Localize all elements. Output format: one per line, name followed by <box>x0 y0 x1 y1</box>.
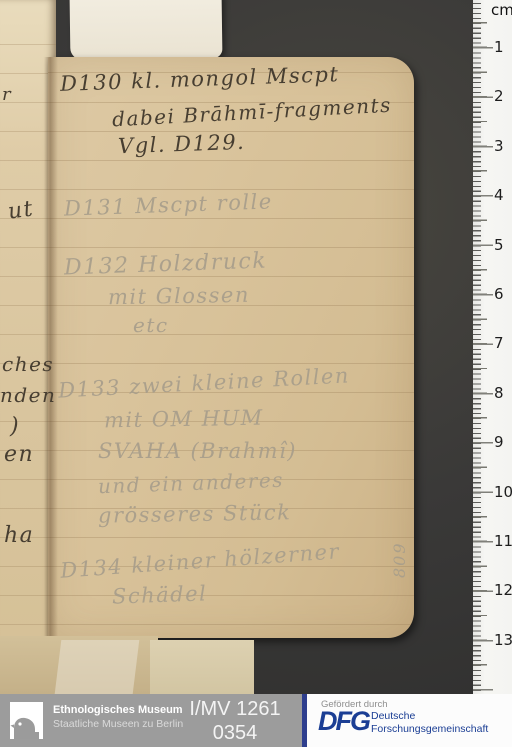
ruler-mark-label: 3 <box>494 137 512 155</box>
funding-footer-section: Gefördert durch DFG Deutsche Forschungsg… <box>302 694 512 747</box>
inventory-number-line1: I/MV 1261 <box>170 697 300 721</box>
ruler-mark-label: 11 <box>494 532 512 550</box>
left-page-fragment-text: en <box>4 442 34 467</box>
entry-d133-line: mit OM HUM <box>104 406 264 433</box>
dfg-name-line2: Forschungsgemeinschaft <box>371 723 488 736</box>
ruler-mark-label: 6 <box>494 285 512 303</box>
cm-ruler: cm 12345678910111213 <box>473 0 512 694</box>
ruler-cm-ticks <box>473 47 493 692</box>
photo-background: D130 kl. mongol Mscpt dabei Brāhmī-fragm… <box>0 0 512 694</box>
tape-fragment <box>55 640 140 694</box>
dfg-logo: DFG <box>318 707 369 735</box>
ruler-mark-label: 2 <box>494 87 512 105</box>
inventory-number: I/MV 1261 0354 <box>170 697 300 745</box>
ruler-mark-label: 12 <box>494 581 512 599</box>
museum-organization: Staatliche Museen zu Berlin <box>53 717 183 731</box>
page-binding-crease <box>44 57 58 638</box>
museum-footer-section: Ethnologisches Museum Staatliche Museen … <box>0 694 302 747</box>
ruler-mark-label: 5 <box>494 236 512 254</box>
ruler-mark-label: 10 <box>494 483 512 501</box>
left-page-fragment-text: ches <box>2 352 54 376</box>
page-side-number: 809 <box>390 541 409 578</box>
smb-eagle-logo <box>10 702 43 739</box>
inventory-number-line2: 0354 <box>170 721 300 745</box>
entry-d133-line: grösseres Stück <box>98 500 292 527</box>
paper-fragment-top <box>70 0 223 60</box>
left-page-fragment-text: ha <box>4 523 34 548</box>
left-page-fragment-text: ut <box>6 196 35 224</box>
ruler-mark-label: 1 <box>494 38 512 56</box>
museum-identity: Ethnologisches Museum Staatliche Museen … <box>53 703 183 731</box>
ruler-mark-label: 13 <box>494 631 512 649</box>
ruler-mark-label: 4 <box>494 186 512 204</box>
ruler-mark-label: 8 <box>494 384 512 402</box>
museum-name: Ethnologisches Museum <box>53 703 183 717</box>
archive-footer-bar: Ethnologisches Museum Staatliche Museen … <box>0 694 512 747</box>
entry-d134-line: Schädel <box>112 581 208 608</box>
entry-d133-line: SVAHA (Brahmî) <box>98 439 297 463</box>
left-page-fragment-text: r <box>2 84 12 105</box>
left-page-fragment-text: ) <box>10 414 20 439</box>
ruler-mark-label: 7 <box>494 334 512 352</box>
entry-d132-line: mit Glossen <box>108 283 250 309</box>
ruler-unit-label: cm <box>491 1 512 19</box>
dfg-name-line1: Deutsche <box>371 710 488 723</box>
digitized-notebook-scan: D130 kl. mongol Mscpt dabei Brāhmī-fragm… <box>0 0 512 747</box>
smb-logo <box>10 702 43 739</box>
entry-d132-line: etc <box>133 313 169 337</box>
paper-fragment-bottom-center <box>150 640 254 694</box>
left-page-fragment-text: nden <box>0 383 56 407</box>
ruler-mark-label: 9 <box>494 433 512 451</box>
dfg-full-name: Deutsche Forschungsgemeinschaft <box>371 710 488 735</box>
entry-d130-line: Vgl. D129. <box>118 130 246 158</box>
